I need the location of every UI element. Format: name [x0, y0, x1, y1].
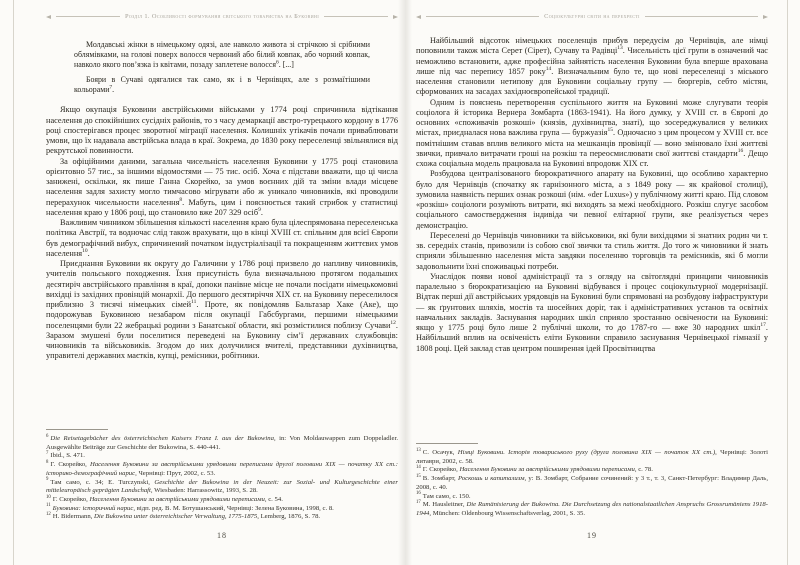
footnote-separator — [416, 443, 478, 444]
paragraph: Найбільший відсоток німецьких поселенців… — [416, 36, 768, 98]
ornament-rule — [426, 16, 539, 17]
paragraph: Приєднання Буковини як округу до Галичин… — [46, 259, 398, 362]
footnote-number: 15 — [416, 474, 421, 479]
footnote-number: 11 — [46, 503, 51, 508]
footnote-ref: 10 — [82, 248, 88, 254]
ornament-arrow-right-icon — [393, 15, 398, 19]
paragraph: За офіційними даними, загальна чисельніс… — [46, 157, 398, 219]
footnote-number: 8 — [46, 460, 48, 465]
right-page-body: Найбільший відсоток німецьких поселенців… — [416, 36, 768, 354]
footnote-ref: 14 — [546, 66, 552, 72]
paragraph: Важливим чинником збільшення кількості н… — [46, 218, 398, 259]
ornament-arrow-left-icon — [416, 15, 421, 19]
footnote-number: 16 — [416, 491, 421, 496]
ornament-rule — [56, 16, 120, 17]
paragraph: Бояри в Сучаві одягалися так само, як і … — [74, 75, 370, 95]
right-page-paragraphs: Найбільший відсоток німецьких поселенців… — [416, 36, 768, 354]
ornament-arrow-left-icon — [46, 15, 51, 19]
paragraph: Розбудова централізованого бюрократичног… — [416, 169, 768, 231]
footnote-number: 14 — [416, 465, 421, 470]
footnote-number: 17 — [416, 500, 421, 505]
left-page-paragraphs: Якщо окупація Буковини австрійськими вій… — [46, 105, 398, 361]
paragraph: Якщо окупація Буковини австрійськими вій… — [46, 105, 398, 156]
footnote: 8Г. Скорейко, Населення Буковини за авст… — [46, 461, 398, 478]
page-number-right: 19 — [416, 531, 768, 540]
paragraph: Переселені до Чернівців чиновники та вій… — [416, 231, 768, 272]
footnote-number: 9 — [46, 477, 48, 482]
paragraph: Унаслідок появи нової адміністрації та з… — [416, 272, 768, 354]
footnote: 13С. Осачук, Німці Буковини. Історія тов… — [416, 449, 768, 466]
ornament-arrow-right-icon — [763, 15, 768, 19]
footnote: 16Там само, с. 150. — [416, 493, 768, 502]
footnote-ref: 9 — [258, 207, 261, 213]
right-footnotes: 13С. Осачук, Німці Буковини. Історія тов… — [416, 449, 768, 519]
running-head-left: Розділ 1. Особливості формування світськ… — [46, 13, 398, 20]
footnote-ref: 16 — [738, 148, 744, 154]
footnote-number: 6 — [46, 434, 48, 439]
footnote-ref: 15 — [607, 127, 613, 133]
page-left: Розділ 1. Особливості формування світськ… — [46, 0, 398, 565]
footnote: 7Ibid., S. 471. — [46, 452, 398, 461]
paragraph: Одним із пояснень перетворення суспільно… — [416, 98, 768, 170]
paragraph: Молдавські жінки в німецькому одязі, але… — [74, 40, 370, 70]
footnote: 12H. Bidermann, Die Bukowina unter öster… — [46, 513, 398, 522]
book-spread: Розділ 1. Особливості формування світськ… — [0, 0, 800, 565]
footnote: 17M. Hausleitner, Die Rumänisierung der … — [416, 501, 768, 518]
running-head-right: Соціокультурні світи на перехресті — [416, 13, 768, 20]
right-page-edge — [787, 0, 788, 565]
left-page-edge — [13, 0, 14, 565]
footnote-number: 12 — [46, 512, 51, 517]
footnote: 15В. Зомбарт, Роскошь и капитализм, у: В… — [416, 475, 768, 492]
footnote-ref: 6 — [276, 60, 279, 66]
page-gutter — [398, 0, 412, 565]
block-quote: Молдавські жінки в німецькому одязі, але… — [74, 40, 370, 95]
footnote-ref: 12 — [390, 320, 396, 326]
footnote: 10Г. Скорейко, Населення Буковини за авс… — [46, 496, 398, 505]
footnote: 6Die Reisetagebücher des österreichische… — [46, 435, 398, 452]
footnote-ref: 17 — [760, 322, 766, 328]
left-footnote-block: 6Die Reisetagebücher des österreichische… — [46, 429, 398, 522]
footnote: 9Там само, с. 34; E. Turczynski, Geschic… — [46, 479, 398, 496]
footnote-ref: 11 — [191, 299, 196, 305]
page-right: Соціокультурні світи на перехресті Найбі… — [416, 0, 768, 565]
footnote-number: 7 — [46, 451, 48, 456]
running-head-text: Соціокультурні світи на перехресті — [544, 13, 640, 20]
page-number-left: 18 — [46, 531, 398, 540]
left-footnotes: 6Die Reisetagebücher des österreichische… — [46, 435, 398, 522]
running-head-text: Розділ 1. Особливості формування світськ… — [125, 13, 319, 20]
footnote-ref: 8 — [179, 197, 182, 203]
footnote-ref: 13 — [617, 45, 623, 51]
footnote-number: 10 — [46, 495, 51, 500]
ornament-rule — [324, 16, 388, 17]
right-footnote-block: 13С. Осачук, Німці Буковини. Історія тов… — [416, 443, 768, 519]
footnote-separator — [46, 429, 108, 430]
left-page-body: Молдавські жінки в німецькому одязі, але… — [46, 40, 398, 362]
footnote-number: 13 — [416, 448, 421, 453]
footnote-ref: 7 — [109, 85, 112, 91]
ornament-rule — [645, 16, 758, 17]
footnote: 14Г. Скорейко, Населення Буковини за авс… — [416, 466, 768, 475]
